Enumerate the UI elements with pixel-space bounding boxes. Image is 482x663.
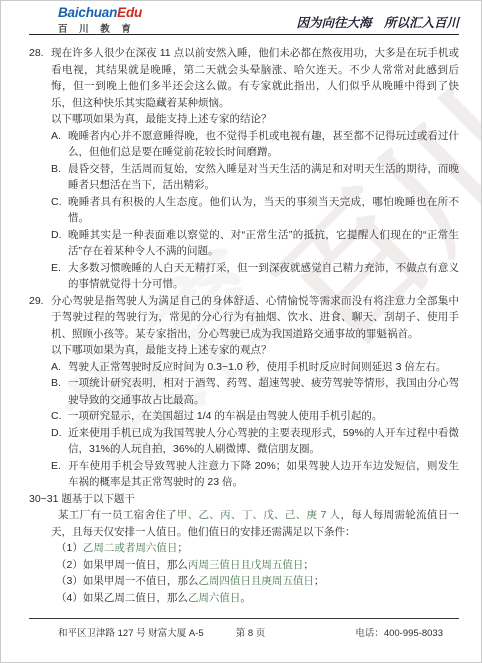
- question-body: 分心驾驶是指驾驶人为满足自己的身体舒适、心情愉悦等需求而没有将注意力全部集中于驾…: [51, 293, 459, 491]
- question-number: 28.: [29, 45, 51, 293]
- text-segment: 丙周三值日且戊周五值日: [188, 559, 304, 571]
- section-stem: 某工厂有一员工宿舍住了甲、乙、丙、丁、戊、己、庚 7 人，每人每周需轮流值日一天…: [51, 507, 459, 540]
- footer-address: 和平区卫津路 127 号 财富大厦 A-5: [29, 625, 236, 639]
- footer-phone: 电话：400-995-8033: [265, 625, 459, 639]
- option-text: 一项统计研究表明，相对于酒驾、药驾、超速驾驶、疲劳驾驶等情形，我国由分心驾驶导致…: [68, 375, 459, 408]
- text-segment: ；: [303, 559, 314, 571]
- option-row: D.晚睡其实是一种表面难以察觉的、对“正常生活”的抵抗，它提醒人们现在的“正常生…: [51, 227, 459, 260]
- option-label: D.: [51, 425, 68, 458]
- text-segment: 乙周二或者周六值日: [83, 542, 178, 554]
- option-label: E.: [51, 260, 68, 293]
- condition-line: （4）如果乙周二值日，那么乙周六值日。: [56, 590, 459, 607]
- question-number: 29.: [29, 293, 51, 491]
- option-row: E.大多数习惯晚睡的人白天无精打采，但一到深夜就感觉自己精力充沛，不做点有意义的…: [51, 260, 459, 293]
- text-segment: （3）如果甲周一不值日，那么: [56, 575, 198, 587]
- question-list: 28.现在许多人很少在深夜 11 点以前安然入睡，他们未必都在熬夜用功，大多是在…: [29, 45, 459, 606]
- header-divider: [29, 34, 459, 35]
- condition-line: （2）如果甲周一值日，那么丙周三值日且戊周五值日；: [56, 557, 459, 574]
- footer-divider: [29, 618, 459, 619]
- option-label: D.: [51, 227, 68, 260]
- text-segment: 甲、乙、丙、丁、戊、己、庚 7 人: [177, 509, 341, 521]
- document-page: 百川 教育 BaichuanEdu 百 川 教 育 因为向往大海 所以汇入百川 …: [0, 0, 482, 663]
- text-segment: （4）如果乙周二值日，那么: [56, 592, 188, 604]
- question-prompt: 以下哪项如果为真，最能支持上述专家的结论？: [51, 111, 459, 128]
- question-prompt: 以下哪项如果为真，最能支持上述专家的观点？: [51, 342, 459, 359]
- question-block: 28.现在许多人很少在深夜 11 点以前安然入睡，他们未必都在熬夜用功，大多是在…: [29, 45, 459, 293]
- section-block: 30~31 题基于以下题干某工厂有一员工宿舍住了甲、乙、丙、丁、戊、己、庚 7 …: [29, 491, 459, 607]
- option-row: B.一项统计研究表明，相对于酒驾、药驾、超速驾驶、疲劳驾驶等情形，我国由分心驾驶…: [51, 375, 459, 408]
- brand-logo-cn: 百 川 教 育: [58, 21, 142, 35]
- option-text: 晨昏交替，生活周而复始，安然入睡是对当天生活的满足和对明天生活的期待，而晚睡者只…: [68, 161, 459, 194]
- option-text: 大多数习惯晚睡的人白天无精打采，但一到深夜就感觉自己精力充沛，不做点有意义的事情…: [68, 260, 459, 293]
- option-row: C.一项研究显示，在美国超过 1/4 的车祸是由驾驶人使用手机引起的。: [51, 408, 459, 425]
- condition-line: （3）如果甲周一不值日，那么乙周四值日且庚周五值日；: [56, 573, 459, 590]
- option-label: A.: [51, 359, 68, 376]
- condition-line: （1）乙周二或者周六值日；: [56, 540, 459, 557]
- option-text: 近来使用手机已成为我国驾驶人分心驾驶的主要表现形式，59%的人开车过程中看微信，…: [68, 425, 459, 458]
- question-body: 现在许多人很少在深夜 11 点以前安然入睡，他们未必都在熬夜用功，大多是在玩手机…: [51, 45, 459, 293]
- text-segment: ；: [177, 542, 188, 554]
- text-segment: （2）如果甲周一值日，那么: [56, 559, 188, 571]
- option-row: C.晚睡者具有积极的人生态度。他们认为，当天的事须当天完成，哪怕晚睡也在所不惜。: [51, 194, 459, 227]
- text-segment: （1）: [56, 542, 83, 554]
- brand-logo-en-blue: Baichuan: [58, 5, 117, 20]
- brand-logo-en-red: Edu: [117, 5, 142, 20]
- option-label: C.: [51, 194, 68, 227]
- option-text: 开车使用手机会导致驾驶人注意力下降 20%；如果驾驶人边开车边发短信，则发生车祸…: [68, 458, 459, 491]
- section-title: 30~31 题基于以下题干: [29, 491, 459, 508]
- question-block: 29.分心驾驶是指驾驶人为满足自己的身体舒适、心情愉悦等需求而没有将注意力全部集…: [29, 293, 459, 491]
- option-label: B.: [51, 161, 68, 194]
- header-slogan: 因为向往大海 所以汇入百川: [296, 13, 459, 31]
- option-text: 驾驶人正常驾驶时反应时间为 0.3~1.0 秒，使用手机时反应时间则延迟 3 倍…: [68, 359, 459, 376]
- question-stem: 现在许多人很少在深夜 11 点以前安然入睡，他们未必都在熬夜用功，大多是在玩手机…: [51, 45, 459, 111]
- option-row: A.驾驶人正常驾驶时反应时间为 0.3~1.0 秒，使用手机时反应时间则延迟 3…: [51, 359, 459, 376]
- option-row: E.开车使用手机会导致驾驶人注意力下降 20%；如果驾驶人边开车边发短信，则发生…: [51, 458, 459, 491]
- text-segment: ；: [314, 575, 325, 587]
- option-text: 晚睡者具有积极的人生态度。他们认为，当天的事须当天完成，哪怕晚睡也在所不惜。: [68, 194, 459, 227]
- footer-page-number: 第 8 页: [236, 625, 266, 639]
- text-segment: 某工厂有一员工宿舍住了: [58, 509, 177, 521]
- question-stem: 分心驾驶是指驾驶人为满足自己的身体舒适、心情愉悦等需求而没有将注意力全部集中于驾…: [51, 293, 459, 343]
- brand-logo: BaichuanEdu 百 川 教 育: [58, 5, 142, 35]
- option-row: B.晨昏交替，生活周而复始，安然入睡是对当天生活的满足和对明天生活的期待，而晚睡…: [51, 161, 459, 194]
- option-text: 晚睡者内心并不愿意睡得晚，也不觉得手机或电视有趣，甚至都不记得玩过或看过什么，但…: [68, 128, 459, 161]
- text-segment: 乙周六值日: [188, 592, 241, 604]
- option-text: 晚睡其实是一种表面难以察觉的、对“正常生活”的抵抗，它提醒人们现在的“正常生活”…: [68, 227, 459, 260]
- footer: 和平区卫津路 127 号 财富大厦 A-5 第 8 页 电话：400-995-8…: [29, 625, 459, 639]
- option-label: E.: [51, 458, 68, 491]
- option-label: C.: [51, 408, 68, 425]
- option-text: 一项研究显示，在美国超过 1/4 的车祸是由驾驶人使用手机引起的。: [68, 408, 459, 425]
- option-row: D.近来使用手机已成为我国驾驶人分心驾驶的主要表现形式，59%的人开车过程中看微…: [51, 425, 459, 458]
- option-label: A.: [51, 128, 68, 161]
- option-label: B.: [51, 375, 68, 408]
- brand-logo-en: BaichuanEdu: [58, 5, 142, 20]
- text-segment: 。: [240, 592, 251, 604]
- text-segment: 乙周四值日且庚周五值日: [198, 575, 314, 587]
- option-row: A.晚睡者内心并不愿意睡得晚，也不觉得手机或电视有趣，甚至都不记得玩过或看过什么…: [51, 128, 459, 161]
